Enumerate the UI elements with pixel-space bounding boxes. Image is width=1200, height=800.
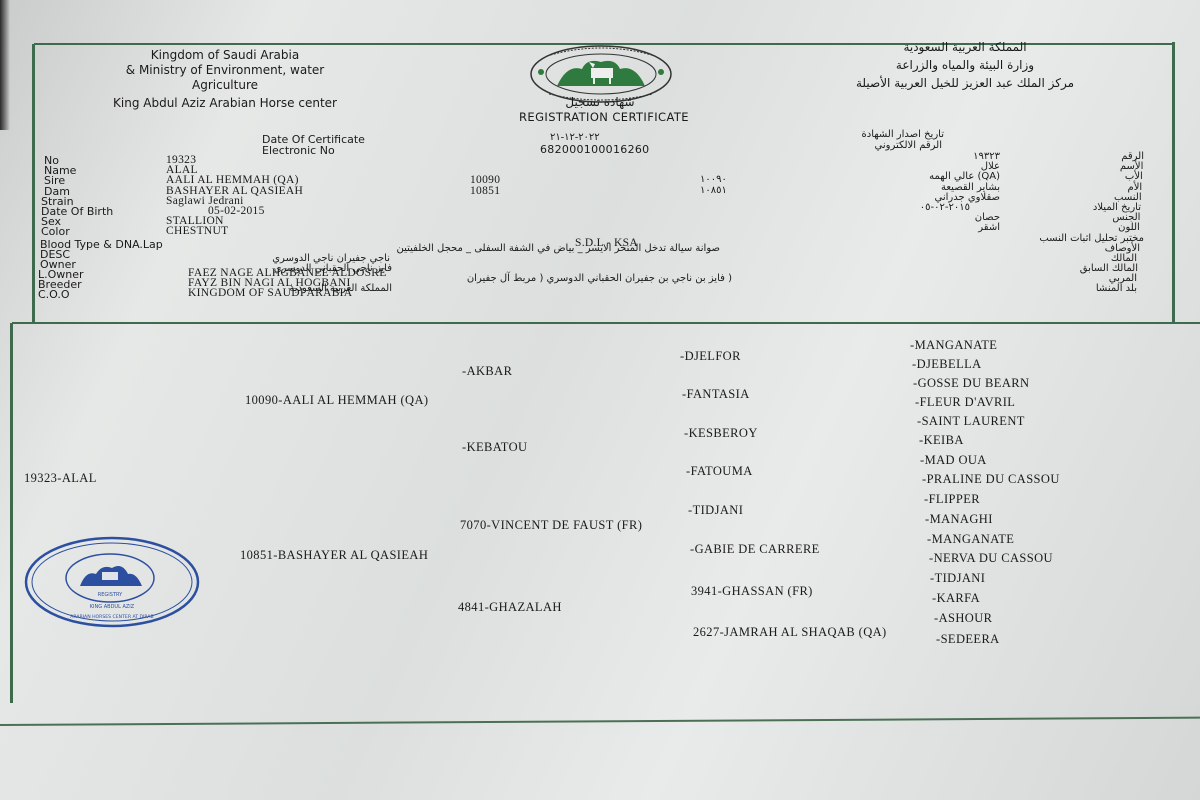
registry-stamp-icon: REGISTRY KING ABDUL AZIZ ARABIAN HORSES …	[22, 534, 202, 630]
frame-border-right	[1172, 42, 1175, 324]
desc-value-ar: صوانة سيالة تدخل المنخر الايسر _ بياض في…	[397, 244, 721, 254]
header-line-kingdom: Kingdom of Saudi Arabia	[90, 48, 360, 63]
pedigree-gen1-entry: 10090-AALI AL HEMMAH (QA)	[245, 393, 428, 408]
pedigree-gen4-entry: -FLEUR D'AVRIL	[915, 395, 1015, 410]
pedigree-gen3-entry: -GABIE DE CARRERE	[690, 542, 820, 557]
pedigree-gen3-entry: -TIDJANI	[688, 503, 743, 518]
header-ar-center: مركز الملك عبد العزيز للخيل العربية الأص…	[820, 74, 1110, 92]
color-value-ar: اشقر	[978, 223, 1000, 233]
pedigree-gen4-entry: -SEDEERA	[936, 632, 1000, 647]
dam-reg-number-ar: ١٠٨٥١	[700, 186, 727, 196]
pedigree-gen2-entry: 4841-GHAZALAH	[458, 600, 562, 615]
color-label-ar: اللون	[1118, 223, 1140, 233]
pedigree-gen3-entry: -DJELFOR	[680, 349, 741, 364]
svg-text:REGISTRY: REGISTRY	[98, 592, 123, 598]
breeder-value-ar: ( فايز بن ناجي بن جفيران الحقباني الدوسر…	[467, 274, 732, 284]
pedigree-gen3-entry: -KESBEROY	[684, 426, 758, 441]
color-label: Color	[41, 227, 70, 237]
date-of-birth-value-ar: ٢٠١٥-٠٢-٠٥	[920, 203, 970, 213]
coo-label-ar: بلد المنشا	[1096, 284, 1137, 294]
svg-text:KING ABDUL AZIZ: KING ABDUL AZIZ	[90, 604, 135, 610]
sire-value-ar: (QA) عالي الهمه	[929, 172, 1000, 182]
section-divider	[12, 322, 1200, 324]
header-line-center: King Abdul Aziz Arabian Horse center	[90, 96, 360, 111]
photo-edge-shadow	[0, 0, 10, 130]
frame-border-left	[32, 44, 35, 324]
pedigree-gen4-entry: -FLIPPER	[924, 492, 980, 507]
pedigree-gen4-entry: -MANGANATE	[910, 338, 997, 353]
frame-border-bottom	[0, 717, 1200, 726]
sire-reg-number: 10090	[470, 175, 500, 185]
pedigree-gen3-entry: -FATOUMA	[686, 464, 753, 479]
date-of-certificate-value: ٢٠٢٢-١٢-٢١	[550, 133, 600, 143]
pedigree-gen2-entry: -KEBATOU	[462, 440, 527, 455]
pedigree-gen4-entry: -TIDJANI	[930, 571, 985, 586]
pedigree-gen3-entry: -FANTASIA	[682, 387, 750, 402]
dam-reg-number: 10851	[470, 186, 500, 196]
pedigree-gen4-entry: -MAD OUA	[920, 453, 987, 468]
electronic-no-value: 682000100016260	[540, 145, 649, 155]
pedigree-gen2-entry: -AKBAR	[462, 364, 512, 379]
frame-border-left-lower	[10, 323, 13, 703]
header-arabic: المملكة العربية السعودية وزارة البيئة وا…	[820, 38, 1110, 92]
header-ar-ministry: وزارة البيئة والمياه والزراعة	[820, 56, 1110, 74]
svg-text:ARABIAN HORSES CENTER AT DIRAB: ARABIAN HORSES CENTER AT DIRAB	[70, 614, 153, 620]
header-ar-kingdom: المملكة العربية السعودية	[820, 38, 1110, 56]
pedigree-gen4-entry: -PRALINE DU CASSOU	[922, 472, 1060, 487]
l-owner-value-ar: فايز ناجي الحقباني الدوسري	[274, 264, 392, 274]
sire-value: AALI AL HEMMAH (QA)	[166, 175, 299, 185]
header-line-ministry: & Ministry of Environment, water	[90, 63, 360, 78]
pedigree-gen4-entry: -GOSSE DU BEARN	[913, 376, 1029, 391]
pedigree-gen4-entry: -NERVA DU CASSOU	[929, 551, 1053, 566]
pedigree-gen4-entry: -MANAGHI	[925, 512, 993, 527]
pedigree-gen4-entry: -ASHOUR	[934, 611, 992, 626]
electronic-no-label: Electronic No	[262, 146, 335, 156]
coo-value-ar: المملكة العربية السعودية	[289, 284, 392, 294]
electronic-no-label-ar: الرقم الالكتروني	[875, 141, 943, 151]
color-value: CHESTNUT	[166, 226, 228, 236]
title-english: REGISTRATION CERTIFICATE	[484, 110, 724, 124]
pedigree-gen4-entry: -DJEBELLA	[912, 357, 982, 372]
title-arabic: شهادة تسجيل	[560, 95, 640, 109]
pedigree-gen4-entry: -MANGANATE	[927, 532, 1014, 547]
pedigree-gen4-entry: -KEIBA	[919, 433, 964, 448]
pedigree-gen1-entry: 10851-BASHAYER AL QASIEAH	[240, 548, 428, 563]
header-line-agriculture: Agriculture	[90, 78, 360, 93]
pedigree-gen3-entry: 3941-GHASSAN (FR)	[691, 584, 813, 599]
coo-label: C.O.O	[38, 290, 70, 300]
sire-reg-number-ar: ١٠٠٩٠	[700, 175, 727, 185]
pedigree-gen4-entry: -SAINT LAURENT	[917, 414, 1025, 429]
pedigree-gen4-entry: -KARFA	[932, 591, 980, 606]
date-of-certificate-label-ar: تاريخ اصدار الشهادة	[862, 130, 944, 140]
pedigree-gen3-entry: 2627-JAMRAH AL SHAQAB (QA)	[693, 625, 887, 640]
pedigree-gen2-entry: 7070-VINCENT DE FAUST (FR)	[460, 518, 642, 533]
sire-label-ar: الأب	[1125, 172, 1143, 182]
pedigree-subject: 19323-ALAL	[24, 471, 97, 486]
header-english: Kingdom of Saudi Arabia & Ministry of En…	[90, 48, 360, 111]
